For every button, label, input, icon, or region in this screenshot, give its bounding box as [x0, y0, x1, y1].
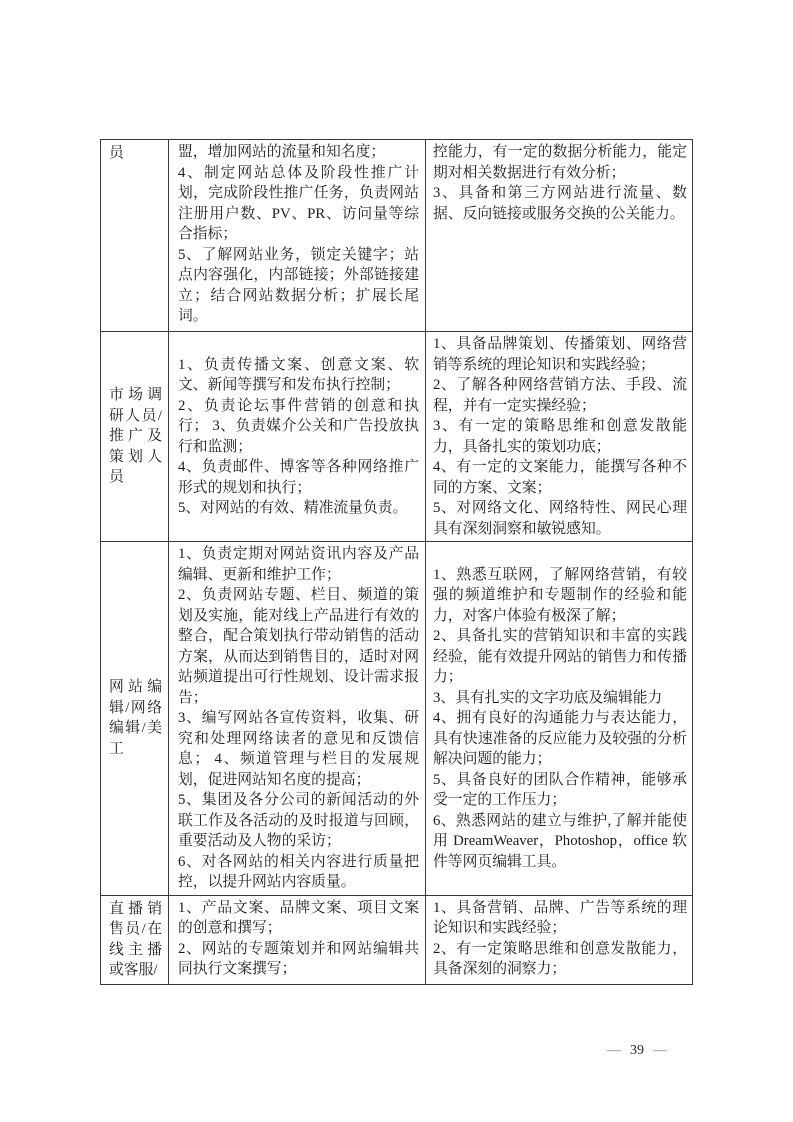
requirements-cell: 控能力，有一定的数据分析能力，能定期对相关数据进行有效分析； 3、具备和第三方网…: [426, 140, 693, 332]
requirement-paragraph: 3、有一定的策略思维和创意发散能力，具备扎实的策划功底；: [433, 416, 687, 457]
requirement-paragraph: 1、具备品牌策划、传播策划、网络营销等系统的理论知识和实践经验；: [433, 334, 687, 375]
requirements-cell: 1、具备品牌策划、传播策划、网络营销等系统的理论知识和实践经验； 2、了解各种网…: [426, 332, 693, 542]
duties-cell: 1、负责传播文案、创意文案、软文、新闻等撰写和发布执行控制； 2、负责论坛事件营…: [169, 332, 426, 542]
duties-cell: 1、负责定期对网站资讯内容及产品编辑、更新和维护工作； 2、负责网站专题、栏目、…: [169, 542, 426, 896]
footer-dash-left: —: [607, 1043, 621, 1058]
position-label: 市场调研人员/推广及策划人员: [109, 385, 162, 488]
duty-paragraph: 5、集团及各分公司的新闻活动的外联工作及各活动的及时报道与回顾，重要活动及人物的…: [178, 790, 419, 852]
requirement-paragraph: 4、有一定的文案能力，能撰写各种不同的方案、文案；: [433, 457, 687, 498]
duty-paragraph: 2、网站的专题策划并和网站编辑共同执行文案撰写；: [178, 939, 419, 980]
requirements-cell: 1、熟悉互联网，了解网络营销，有较强的频道维护和专题制作的经验和能力，对客户体验…: [426, 542, 693, 896]
requirement-paragraph: 5、对网络文化、网络特性、网民心理具有深刻洞察和敏锐感知。: [433, 498, 687, 539]
table-row: 市场调研人员/推广及策划人员 1、负责传播文案、创意文案、软文、新闻等撰写和发布…: [101, 332, 693, 542]
requirement-paragraph: 2、有一定策略思维和创意发散能力，具备深刻的洞察力；: [433, 939, 687, 980]
duty-paragraph: 2、负责网站专题、栏目、频道的策划及实施，能对线上产品进行有效的整合，配合策划执…: [178, 585, 419, 708]
position-label: 员: [109, 143, 162, 164]
duty-paragraph: 3、编写网站各宣传资料，收集、研究和处理网络读者的意见和反馈信息； 4、频道管理…: [178, 708, 419, 790]
requirement-paragraph: 3、具有扎实的文字功底及编辑能力: [433, 688, 687, 709]
requirement-paragraph: 1、具备营销、品牌、广告等系统的理论知识和实践经验；: [433, 898, 687, 939]
table-row: 直播销售员/在线主播或客服/ 1、产品文案、品牌文案、项目文案的创意和撰写； 2…: [101, 895, 693, 984]
duty-paragraph: 5、对网站的有效、精准流量负责。: [178, 498, 419, 519]
table-row: 网站编辑/网络编辑/美工 1、负责定期对网站资讯内容及产品编辑、更新和维护工作；…: [101, 542, 693, 896]
duties-cell: 盟，增加网站的流量和知名度； 4、制定网站总体及阶段性推广计划，完成阶段性推广任…: [169, 140, 426, 332]
requirement-paragraph: 5、具备良好的团队合作精神，能够承受一定的工作压力；: [433, 770, 687, 811]
position-label: 直播销售员/在线主播或客服/: [109, 899, 162, 981]
job-positions-table: 员 盟，增加网站的流量和知名度； 4、制定网站总体及阶段性推广计划，完成阶段性推…: [100, 139, 693, 985]
duty-paragraph: 6、对各网站的相关内容进行质量把控，以提升网站内容质量。: [178, 852, 419, 893]
position-cell: 员: [101, 140, 169, 332]
duty-paragraph: 5、了解网站业务，锁定关键字；站点内容强化，内部链接；外部链接建立；结合网站数据…: [178, 245, 419, 327]
duty-paragraph: 1、负责定期对网站资讯内容及产品编辑、更新和维护工作；: [178, 544, 419, 585]
document-page: 员 盟，增加网站的流量和知名度； 4、制定网站总体及阶段性推广计划，完成阶段性推…: [0, 0, 793, 1122]
position-cell: 网站编辑/网络编辑/美工: [101, 542, 169, 896]
requirement-paragraph: 控能力，有一定的数据分析能力，能定期对相关数据进行有效分析；: [433, 142, 687, 183]
position-cell: 直播销售员/在线主播或客服/: [101, 895, 169, 984]
position-label: 网站编辑/网络编辑/美工: [109, 677, 162, 759]
requirements-cell: 1、具备营销、品牌、广告等系统的理论知识和实践经验； 2、有一定策略思维和创意发…: [426, 895, 693, 984]
duties-cell: 1、产品文案、品牌文案、项目文案的创意和撰写； 2、网站的专题策划并和网站编辑共…: [169, 895, 426, 984]
duty-paragraph: 4、负责邮件、博客等各种网络推广形式的规划和执行；: [178, 457, 419, 498]
duty-paragraph: 1、负责传播文案、创意文案、软文、新闻等撰写和发布执行控制；: [178, 355, 419, 396]
page-footer: —39—: [572, 1042, 702, 1060]
page-number: 39: [630, 1043, 644, 1058]
requirement-paragraph: 2、具备扎实的营销知识和丰富的实践经验，能有效提升网站的销售力和传播力；: [433, 626, 687, 688]
requirement-paragraph: 2、了解各种网络营销方法、手段、流程，并有一定实操经验；: [433, 375, 687, 416]
duty-paragraph: 1、产品文案、品牌文案、项目文案的创意和撰写；: [178, 898, 419, 939]
requirement-paragraph: 3、具备和第三方网站进行流量、数据、反向链接或服务交换的公关能力。: [433, 183, 687, 224]
table-row: 员 盟，增加网站的流量和知名度； 4、制定网站总体及阶段性推广计划，完成阶段性推…: [101, 140, 693, 332]
footer-dash-right: —: [653, 1043, 667, 1058]
requirement-paragraph: 6、熟悉网站的建立与维护,了解并能使用 DreamWeaver，Photosho…: [433, 811, 687, 873]
requirement-paragraph: 4、拥有良好的沟通能力与表达能力，具有快速准备的反应能力及较强的分析解决问题的能…: [433, 708, 687, 770]
duty-paragraph: 4、制定网站总体及阶段性推广计划，完成阶段性推广任务，负责网站注册用户数、PV、…: [178, 163, 419, 245]
position-cell: 市场调研人员/推广及策划人员: [101, 332, 169, 542]
requirement-paragraph: 1、熟悉互联网，了解网络营销，有较强的频道维护和专题制作的经验和能力，对客户体验…: [433, 565, 687, 627]
duty-paragraph: 2、负责论坛事件营销的创意和执行； 3、负责媒介公关和广告投放执行和监测；: [178, 396, 419, 458]
duty-paragraph: 盟，增加网站的流量和知名度；: [178, 142, 419, 163]
